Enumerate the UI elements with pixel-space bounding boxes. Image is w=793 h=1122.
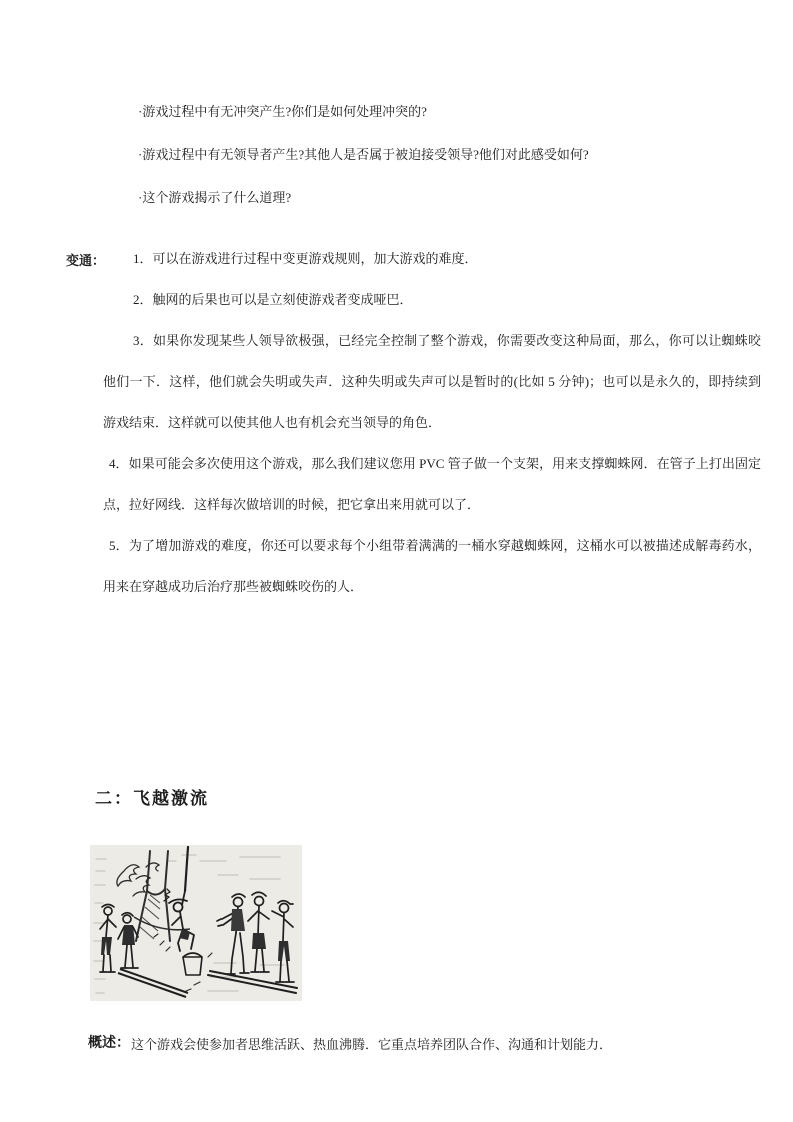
variation-item: 2．触网的后果也可以是立刻使游戏者变成哑巴． bbox=[103, 279, 761, 320]
discussion-question: ·游戏过程中有无冲突产生?你们是如何处理冲突的? bbox=[138, 99, 763, 125]
variation-item: 4．如果可能会多次使用这个游戏，那么我们建议您用 PVC 管子做一个支架，用来支… bbox=[103, 443, 761, 525]
discussion-questions: ·游戏过程中有无冲突产生?你们是如何处理冲突的? ·游戏过程中有无领导者产生?其… bbox=[138, 99, 763, 228]
swing-over-rapids-sketch bbox=[90, 845, 302, 1001]
variation-item: 3．如果你发现某些人领导欲极强，已经完全控制了整个游戏，你需要改变这种局面，那么… bbox=[103, 320, 761, 443]
overview-text: 这个游戏会使参加者思维活跃、热血沸腾．它重点培养团队合作、沟通和计划能力． bbox=[131, 1035, 741, 1055]
discussion-question: ·这个游戏揭示了什么道理? bbox=[138, 185, 763, 211]
variation-item: 5．为了增加游戏的难度，你还可以要求每个小组带着满满的一桶水穿越蜘蛛网，这桶水可… bbox=[103, 525, 761, 607]
document-page: { "questions": [ "·游戏过程中有无冲突产生?你们是如何处理冲突… bbox=[0, 0, 793, 1122]
discussion-question: ·游戏过程中有无领导者产生?其他人是否属于被迫接受领导?他们对此感受如何? bbox=[138, 142, 763, 168]
overview-label: 概述： bbox=[88, 1032, 130, 1052]
game-illustration bbox=[90, 845, 302, 1001]
variations-list: 1．可以在游戏进行过程中变更游戏规则，加大游戏的难度． 2．触网的后果也可以是立… bbox=[103, 238, 761, 607]
section-heading: 二：飞越激流 bbox=[95, 784, 209, 809]
variations-label: 变通： bbox=[66, 250, 105, 269]
variation-item: 1．可以在游戏进行过程中变更游戏规则，加大游戏的难度． bbox=[103, 238, 761, 279]
